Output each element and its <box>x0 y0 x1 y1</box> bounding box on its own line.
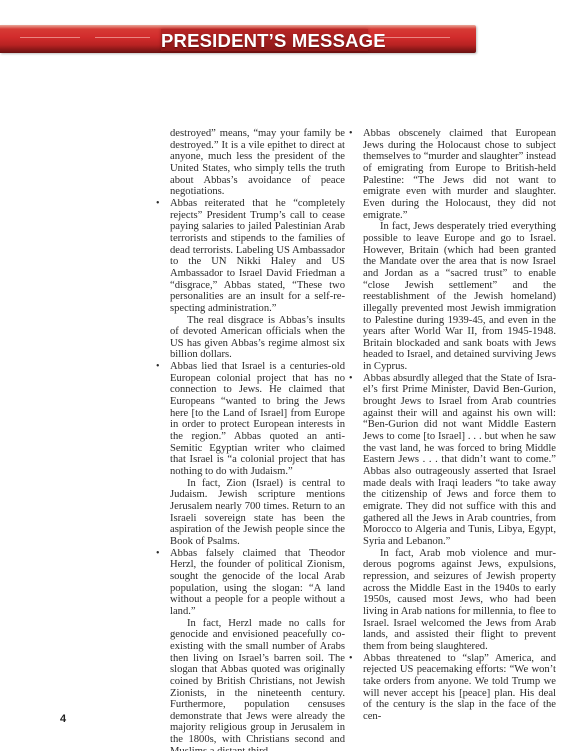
bullet-icon: • <box>349 128 353 140</box>
bullet-item: •Abbas reiterated that he “completely re… <box>170 198 345 315</box>
banner-streak-decoration <box>95 37 150 38</box>
right-text-column: •Abbas obscenely claimed that European J… <box>363 128 556 722</box>
bullet-item: •Abbas threatened to “slap” America, and… <box>363 653 556 723</box>
indented-paragraph: In fact, Jews desperately tried everythi… <box>363 221 556 373</box>
bullet-icon: • <box>349 373 353 385</box>
section-banner: PRESIDENT’S MESSAGE <box>0 25 476 53</box>
indented-paragraph: In fact, Arab mob violence and mur­derou… <box>363 548 556 653</box>
bullet-text: Abbas obscenely claimed that European Je… <box>363 128 556 221</box>
bullet-text: Abbas absurdly alleged that the State of… <box>363 373 556 547</box>
bullet-text: Abbas lied that Israel is a centuries-ol… <box>170 361 345 477</box>
bullet-icon: • <box>156 361 160 373</box>
indented-paragraph: The real disgrace is Abbas’s insults of … <box>170 315 345 362</box>
bullet-text: Abbas reiterated that he “completely rej… <box>170 198 345 314</box>
bullet-item: •Abbas absurdly alleged that the State o… <box>363 373 556 548</box>
bullet-icon: • <box>349 653 353 665</box>
bullet-text: Abbas threatened to “slap” America, and … <box>363 653 556 722</box>
banner-streak-decoration <box>20 37 80 38</box>
bullet-icon: • <box>156 548 160 560</box>
bullet-text: Abbas falsely claimed that Theodor Herzl… <box>170 548 345 617</box>
bullet-icon: • <box>156 198 160 210</box>
banner-streak-decoration <box>380 37 450 38</box>
page-number: 4 <box>60 713 66 725</box>
bullet-item: •Abbas lied that Israel is a centuries-o… <box>170 361 345 478</box>
indented-paragraph: In fact, Herzl made no calls for geno­ci… <box>170 618 345 751</box>
indented-paragraph: In fact, Zion (Israel) is central to Jud… <box>170 478 345 548</box>
paragraph-continuation: destroyed” means, “may your family be de… <box>170 128 345 198</box>
section-title: PRESIDENT’S MESSAGE <box>161 29 368 51</box>
bullet-item: •Abbas falsely claimed that Theodor Herz… <box>170 548 345 618</box>
bullet-item: •Abbas obscenely claimed that European J… <box>363 128 556 221</box>
left-text-column: destroyed” means, “may your family be de… <box>170 128 345 751</box>
